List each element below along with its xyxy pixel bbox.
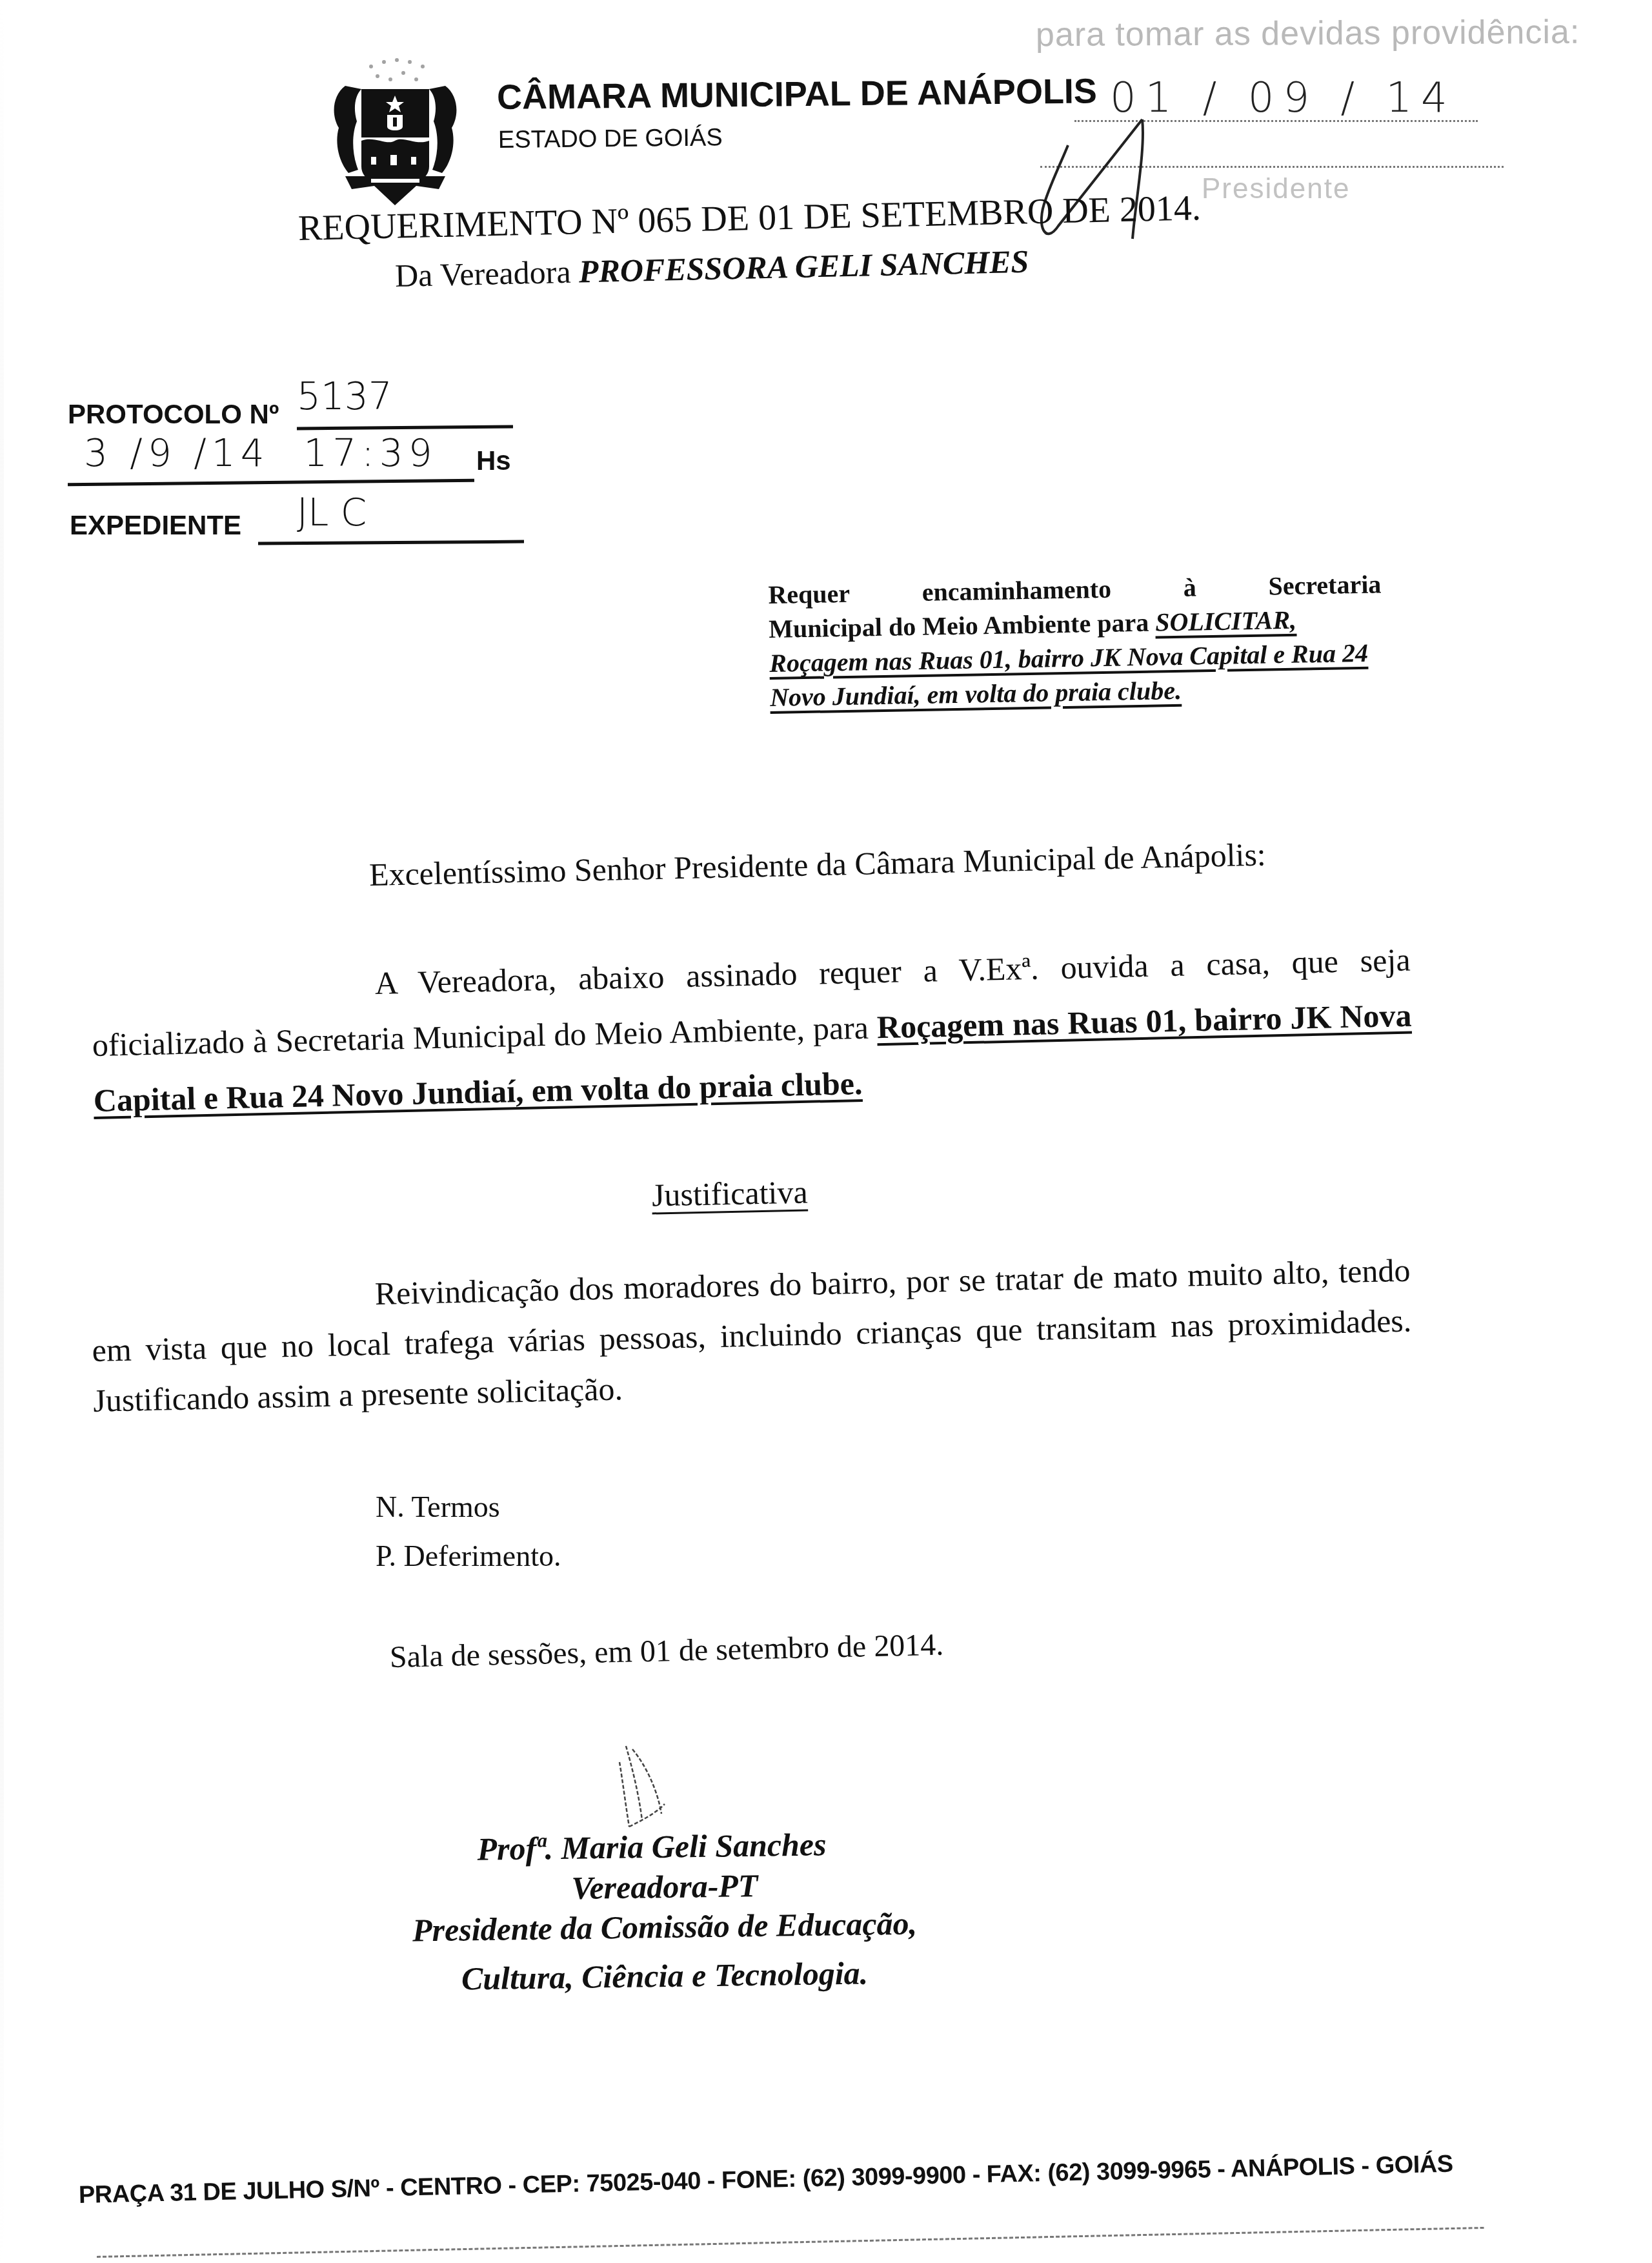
- signer-name: Profª. Maria Geli Sanches: [374, 1823, 930, 1871]
- signature-block: Profª. Maria Geli Sanches Vereadora-PT P…: [400, 1827, 929, 1996]
- salutation: Excelentíssimo Senhor Presidente da Câma…: [368, 835, 1266, 893]
- requerimento-author: Da Vereadora PROFESSORA GELI SANCHES: [394, 243, 1029, 294]
- protocol-number-line: [297, 425, 513, 431]
- protocol-date: 3 /9 /14 17:39: [84, 431, 438, 475]
- protocol-date-value: 3 /9 /14: [84, 431, 270, 475]
- justification-paragraph-text: Reivindicação dos moradores do bairro, p…: [92, 1252, 1412, 1419]
- expediente-line: [258, 540, 524, 545]
- protocol-number: 5137: [297, 374, 392, 418]
- signer-party: Vereadora-PT: [400, 1863, 930, 1910]
- footer-rule: [97, 2227, 1484, 2258]
- dispatch-stamp-text: para tomar as devidas providência:: [1036, 13, 1580, 54]
- organization-state: ESTADO DE GOIÁS: [498, 124, 723, 154]
- expediente-label: EXPEDIENTE: [70, 510, 241, 541]
- closing-deferment: P. Deferimento.: [376, 1539, 561, 1573]
- justification-paragraph: Reivindicação dos moradores do bairro, p…: [90, 1245, 1413, 1426]
- session-date: Sala de sessões, em 01 de setembro de 20…: [389, 1627, 943, 1675]
- summary-word: Requer: [768, 576, 851, 612]
- signer-role-2: Cultura, Ciência e Tecnologia.: [400, 1952, 930, 1999]
- signer-role-1: Presidente da Comissão de Educação,: [400, 1903, 930, 1950]
- summary-word: Secretaria: [1268, 567, 1382, 603]
- summary-plain: Municipal do Meio Ambiente para: [769, 608, 1156, 644]
- justification-heading: Justificativa: [651, 1173, 808, 1213]
- president-rubric-icon: [1032, 110, 1181, 265]
- scan-edge: [0, 0, 4, 2263]
- summary-emphasis: SOLICITAR,: [1155, 605, 1297, 637]
- author-name: PROFESSORA GELI SANCHES: [578, 243, 1029, 290]
- signature-scribble-icon: [613, 1743, 684, 1840]
- stamp-president-label: Presidente: [1202, 173, 1350, 205]
- organization-name: CÂMARA MUNICIPAL DE ANÁPOLIS: [497, 71, 1098, 117]
- summary-word: encaminhamento: [922, 572, 1111, 609]
- protocol-date-line: [68, 479, 474, 487]
- footer-address: PRAÇA 31 DE JULHO S/Nº - CENTRO - CEP: 7…: [79, 2151, 1454, 2209]
- summary-word: à: [1183, 570, 1196, 604]
- closing-terms: N. Termos: [376, 1490, 500, 1524]
- protocol-label: PROTOCOLO Nº: [68, 399, 279, 430]
- request-paragraph: A Vereadora, abaixo assinado requer a V.…: [90, 932, 1413, 1128]
- request-summary: Requer encaminhamento à Secretaria Munic…: [768, 567, 1384, 715]
- municipal-coat-of-arms-icon: [326, 50, 465, 212]
- justification-heading-text: Justificativa: [651, 1173, 808, 1213]
- summary-emphasis-rest: Roçagem nas Ruas 01, bairro JK Nova Capi…: [769, 635, 1384, 715]
- protocol-hours-suffix: Hs: [476, 445, 511, 476]
- expediente-value: JL C: [297, 491, 367, 534]
- protocol-time-value: 17:39: [303, 431, 437, 475]
- author-prefix: Da Vereadora: [394, 254, 579, 294]
